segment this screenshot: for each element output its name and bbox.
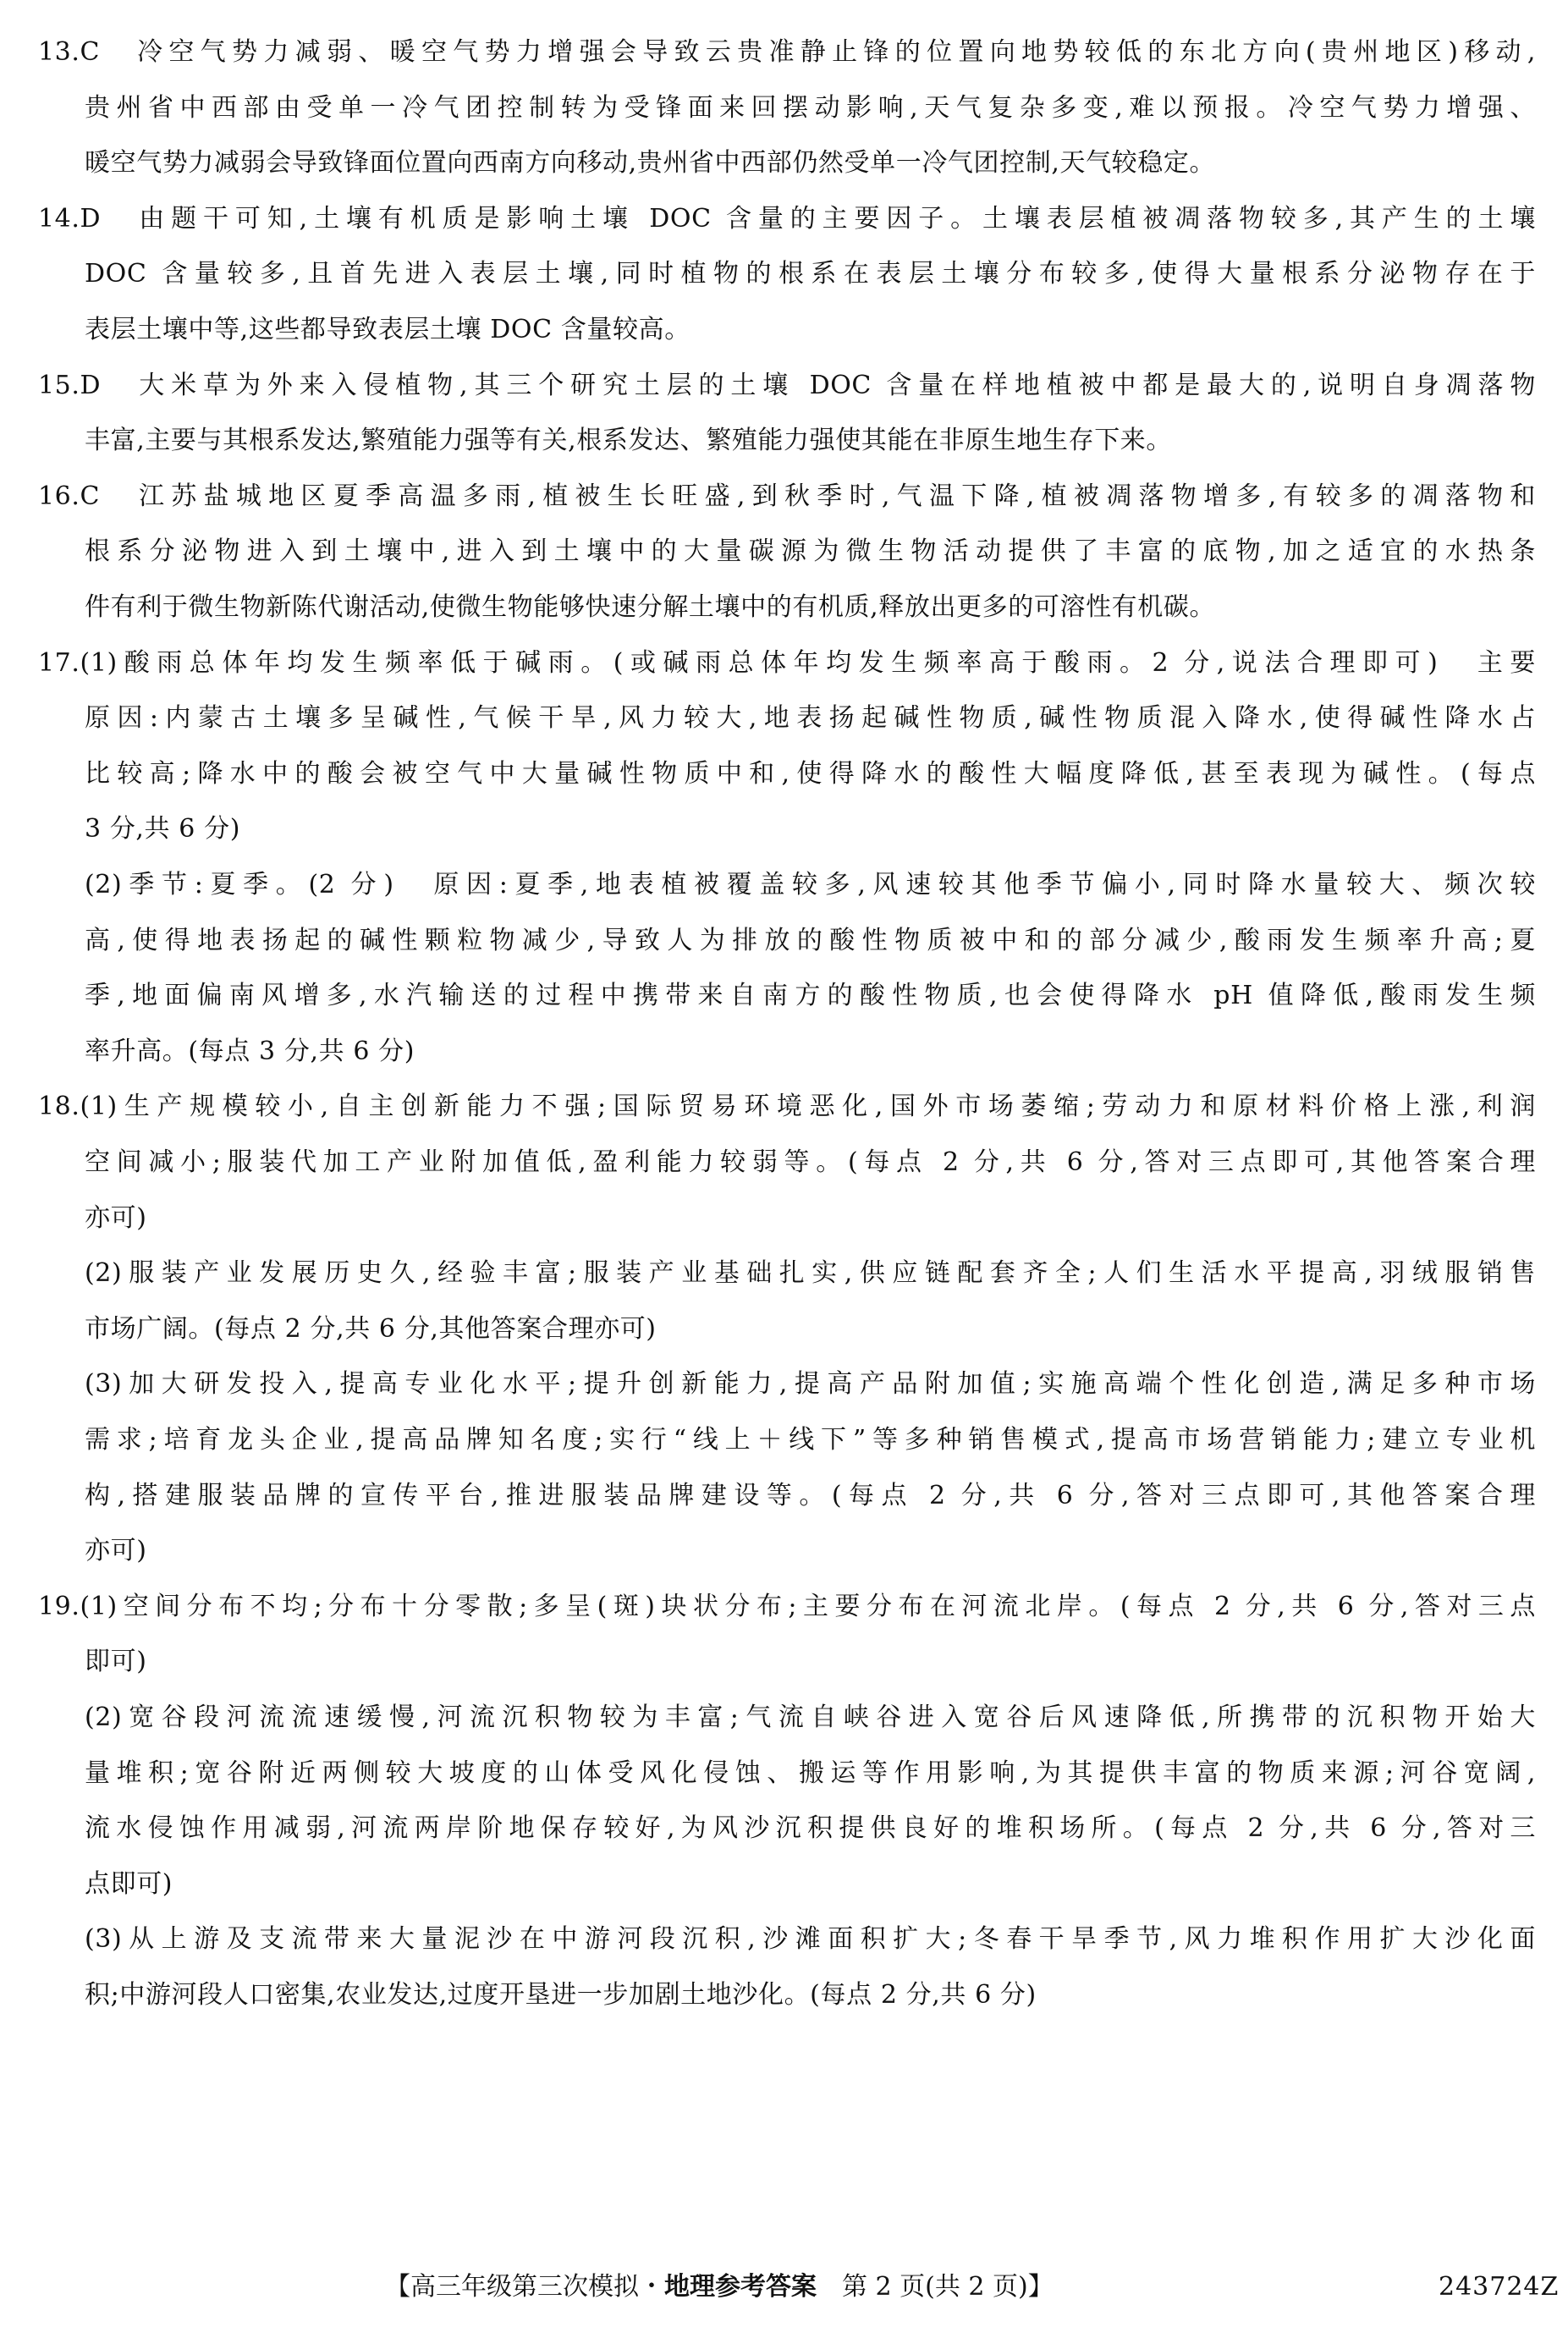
answer-continuation-line: 亦可): [85, 1202, 1536, 1235]
answer-continuation-line: 表层土壤中等,这些都导致表层土壤 DOC 含量较高。: [85, 313, 1536, 347]
answer-continuation-line: 量堆积;宽谷附近两侧较大坡度的山体受风化侵蚀、搬运等作用影响,为其提供丰富的物质…: [85, 1757, 1536, 1791]
answer-continuation-line: 丰富,主要与其根系发达,繁殖能力强等有关,根系发达、繁殖能力强使其能在非原生地生…: [85, 424, 1536, 458]
answer-continuation-line: (2)宽谷段河流流速缓慢,河流沉积物较为丰富;气流自峡谷进入宽谷后风速降低,所携…: [85, 1701, 1536, 1735]
answer-continuation-line: (2)季节:夏季。(2 分) 原因:夏季,地表植被覆盖较多,风速较其他季节偏小,…: [85, 868, 1536, 902]
answer-continuation-line: 亦可): [85, 1534, 1536, 1568]
answer-continuation-line: 季,地面偏南风增多,水汽输送的过程中携带来自南方的酸性物质,也会使得降水 pH …: [85, 979, 1536, 1013]
footer-subject: 地理参考答案: [664, 2272, 817, 2302]
answer-continuation-line: 率升高。(每点 3 分,共 6 分): [85, 1035, 1536, 1069]
footer-exam-name: 高三年级第三次模拟・: [410, 2272, 664, 2302]
answer-continuation-line: (2)服装产业发展历史久,经验丰富;服装产业基础扎实,供应链配套齐全;人们生活水…: [85, 1257, 1536, 1290]
answer-continuation-line: 高,使得地表扬起的碱性颗粒物减少,导致人为排放的酸性物质被中和的部分减少,酸雨发…: [85, 924, 1536, 958]
footer-page-info: 第 2 页(共 2 页): [817, 2272, 1028, 2302]
answer-continuation-line: 构,搭建服装品牌的宣传平台,推进服装品牌建设等。(每点 2 分,共 6 分,答对…: [85, 1479, 1536, 1513]
footer-document-code: 243724Z: [1439, 2270, 1559, 2304]
answer-continuation-line: (3)加大研发投入,提高专业化水平;提升创新能力,提高产品附加值;实施高端个性化…: [85, 1367, 1536, 1401]
answer-continuation-line: 即可): [85, 1645, 1536, 1679]
answer-item-line: 14.D 由题干可知,土壤有机质是影响土壤 DOC 含量的主要因子。土壤表层植被…: [38, 202, 1536, 236]
answer-item-line: 19.(1)空间分布不均;分布十分零散;多呈(斑)块状分布;主要分布在河流北岸。…: [38, 1590, 1536, 1624]
answer-item-line: 15.D 大米草为外来入侵植物,其三个研究土层的土壤 DOC 含量在样地植被中都…: [38, 369, 1536, 403]
answer-continuation-line: 根系分泌物进入到土壤中,进入到土壤中的大量碳源为微生物活动提供了丰富的底物,加之…: [85, 535, 1536, 569]
answer-continuation-line: DOC 含量较多,且首先进入表层土壤,同时植物的根系在表层土壤分布较多,使得大量…: [85, 257, 1536, 291]
answer-continuation-line: 需求;培育龙头企业,提高品牌知名度;实行“线上＋线下”等多种销售模式,提高市场营…: [85, 1423, 1536, 1457]
answer-continuation-line: 点即可): [85, 1868, 1536, 1901]
footer-bracket-close: 】: [1028, 2272, 1054, 2302]
answer-continuation-line: 流水侵蚀作用减弱,河流两岸阶地保存较好,为风沙沉积提供良好的堆积场所。(每点 2…: [85, 1812, 1536, 1846]
answer-continuation-line: 市场广阔。(每点 2 分,共 6 分,其他答案合理亦可): [85, 1312, 1536, 1346]
answer-continuation-line: 空间减小;服装代加工产业附加值低,盈利能力较弱等。(每点 2 分,共 6 分,答…: [85, 1146, 1536, 1180]
answer-item-line: 13.C 冷空气势力减弱、暖空气势力增强会导致云贵准静止锋的位置向地势较低的东北…: [38, 36, 1536, 69]
answer-continuation-line: (3)从上游及支流带来大量泥沙在中游河段沉积,沙滩面积扩大;冬春干旱季节,风力堆…: [85, 1923, 1536, 1956]
answer-continuation-line: 3 分,共 6 分): [85, 812, 1536, 846]
answer-continuation-line: 比较高;降水中的酸会被空气中大量碱性物质中和,使得降水的酸性大幅度降低,甚至表现…: [85, 757, 1536, 791]
answer-continuation-line: 件有利于微生物新陈代谢活动,使微生物能够快速分解土壤中的有机质,释放出更多的可溶…: [85, 591, 1536, 624]
answer-continuation-line: 贵州省中西部由受单一冷气团控制转为受锋面来回摆动影响,天气复杂多变,难以预报。冷…: [85, 91, 1536, 125]
answer-key-page: 13.C 冷空气势力减弱、暖空气势力增强会导致云贵准静止锋的位置向地势较低的东北…: [0, 0, 1568, 2338]
footer-title: 【高三年级第三次模拟・地理参考答案 第 2 页(共 2 页)】: [385, 2270, 1054, 2304]
answer-item-line: 16.C 江苏盐城地区夏季高温多雨,植被生长旺盛,到秋季时,气温下降,植被凋落物…: [38, 480, 1536, 514]
answer-item-line: 17.(1)酸雨总体年均发生频率低于碱雨。(或碱雨总体年均发生频率高于酸雨。2 …: [38, 646, 1536, 680]
answer-item-line: 18.(1)生产规模较小,自主创新能力不强;国际贸易环境恶化,国外市场萎缩;劳动…: [38, 1090, 1536, 1124]
answer-continuation-line: 暖空气势力减弱会导致锋面位置向西南方向移动,贵州省中西部仍然受单一冷气团控制,天…: [85, 146, 1536, 180]
footer-bracket-open: 【: [385, 2272, 410, 2302]
answer-continuation-line: 原因:内蒙古土壤多呈碱性,气候干旱,风力较大,地表扬起碱性物质,碱性物质混入降水…: [85, 701, 1536, 735]
answer-continuation-line: 积;中游河段人口密集,农业发达,过度开垦进一步加剧土地沙化。(每点 2 分,共 …: [85, 1978, 1536, 2012]
